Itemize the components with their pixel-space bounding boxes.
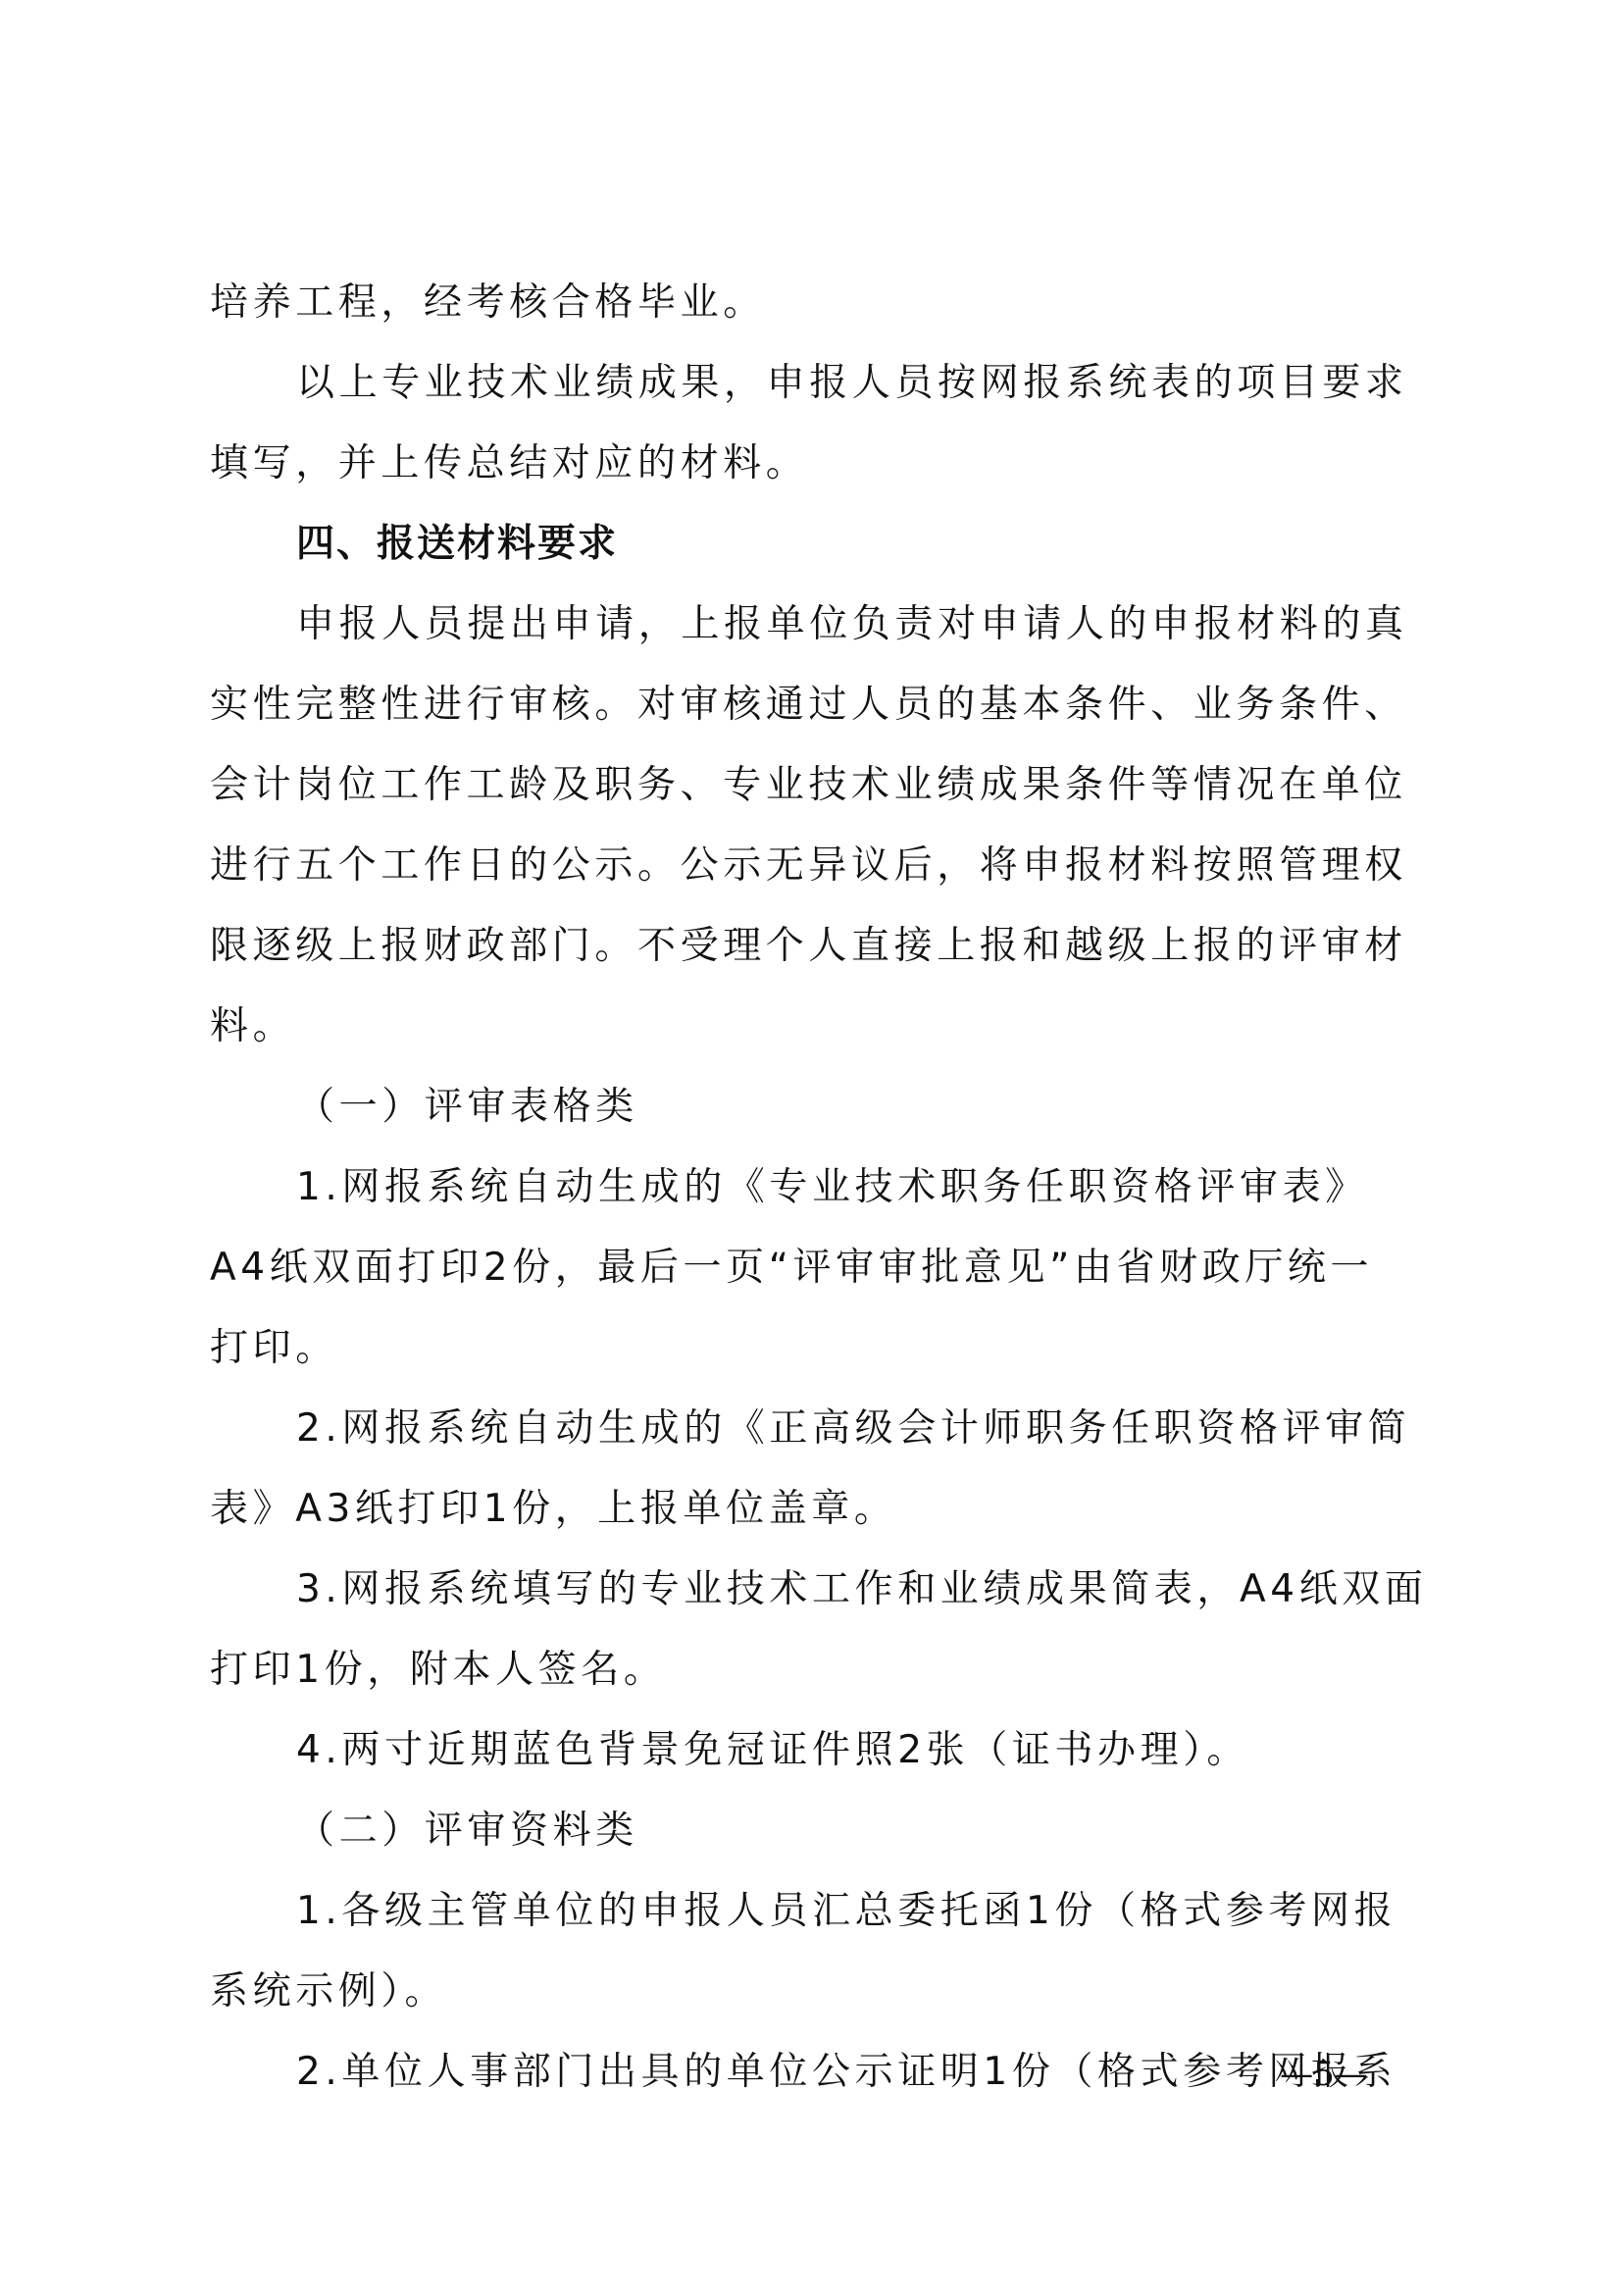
- document-page: 培养工程，经考核合格毕业。 以上专业技术业绩成果，申报人员按网报系统表的项目要求…: [0, 0, 1624, 2294]
- text-line: A4纸双面打印2份，最后一页“评审审批意见”由省财政厅统一: [210, 1228, 1418, 1308]
- text-line: 培养工程，经考核合格毕业。: [210, 263, 1418, 343]
- text-line: 会计岗位工作工龄及职务、专业技术业绩成果条件等情况在单位: [210, 745, 1418, 826]
- text-line: 以上专业技术业绩成果，申报人员按网报系统表的项目要求: [210, 343, 1418, 424]
- text-line: 料。: [210, 987, 1418, 1067]
- section-heading: 四、报送材料要求: [210, 504, 1418, 585]
- text-line: 限逐级上报财政部门。不受理个人直接上报和越级上报的评审材: [210, 906, 1418, 987]
- text-line: 申报人员提出申请，上报单位负责对申请人的申报材料的真: [210, 585, 1418, 665]
- list-item: 2.网报系统自动生成的《正高级会计师职务任职资格评审简: [210, 1389, 1418, 1469]
- text-line: 实性完整性进行审核。对审核通过人员的基本条件、业务条件、: [210, 665, 1418, 745]
- list-item: 3.网报系统填写的专业技术工作和业绩成果简表，A4纸双面: [210, 1550, 1418, 1630]
- text-line: 系统示例）。: [210, 1952, 1418, 2032]
- text-line: 进行五个工作日的公示。公示无异议后，将申报材料按照管理权: [210, 826, 1418, 906]
- text-line: 打印。: [210, 1308, 1418, 1389]
- subsection-heading: （一）评审表格类: [210, 1067, 1418, 1147]
- text-line: 打印1份，附本人签名。: [210, 1630, 1418, 1710]
- page-number: —5—: [1226, 2050, 1422, 2099]
- list-item: 1.各级主管单位的申报人员汇总委托函1份（格式参考网报: [210, 1871, 1418, 1952]
- list-item: 1.网报系统自动生成的《专业技术职务任职资格评审表》: [210, 1147, 1418, 1228]
- document-body: 培养工程，经考核合格毕业。 以上专业技术业绩成果，申报人员按网报系统表的项目要求…: [210, 263, 1418, 2113]
- text-line: 表》A3纸打印1份，上报单位盖章。: [210, 1469, 1418, 1550]
- subsection-heading: （二）评审资料类: [210, 1791, 1418, 1871]
- list-item: 4.两寸近期蓝色背景免冠证件照2张（证书办理）。: [210, 1710, 1418, 1791]
- text-line: 填写，并上传总结对应的材料。: [210, 424, 1418, 504]
